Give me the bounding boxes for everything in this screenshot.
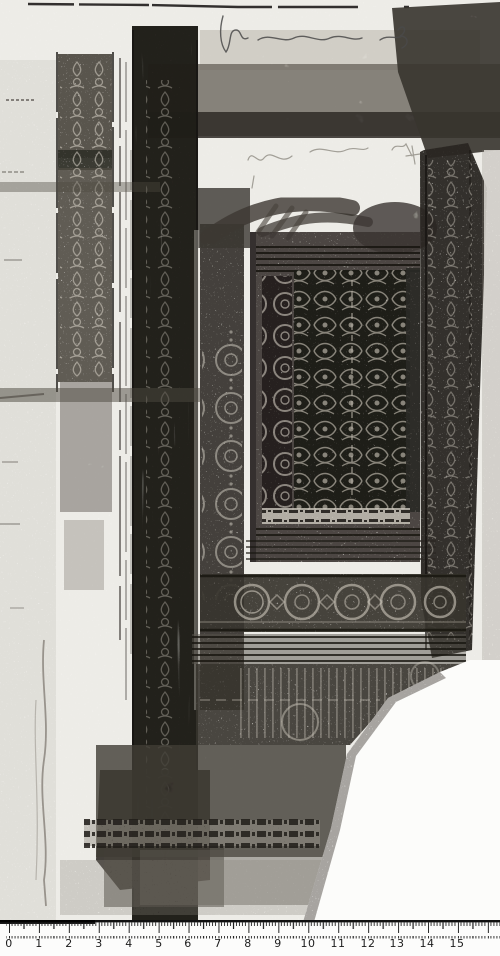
ruler-number-6: 6 (178, 937, 198, 950)
ruler-number-13: 13 (387, 937, 407, 950)
left-ornate-band (57, 52, 113, 590)
ruler-number-11: 11 (328, 937, 348, 950)
ruler-number-15: 15 (447, 937, 467, 950)
ruler-number-9: 9 (268, 937, 288, 950)
rubbing-scan: 0 1 2 3 4 5 6 7 8 9 10 11 12 13 14 15 (0, 0, 500, 956)
central-arabesque-panel (246, 232, 436, 562)
rubbing-artwork (0, 0, 500, 922)
ruler-number-8: 8 (238, 937, 258, 950)
panel-guilloche-column (262, 276, 292, 512)
horizontal-moulding-lines (192, 634, 466, 664)
ruler-number-12: 12 (358, 937, 378, 950)
ruler-number-10: 10 (298, 937, 318, 950)
ruler-number-2: 2 (59, 937, 79, 950)
ruler-number-4: 4 (119, 937, 139, 950)
ruler-number-3: 3 (89, 937, 109, 950)
ruler: 0 1 2 3 4 5 6 7 8 9 10 11 12 13 14 15 (0, 920, 500, 956)
ruler-number-7: 7 (208, 937, 228, 950)
ruler-number-1: 1 (29, 937, 49, 950)
ruler-number-14: 14 (417, 937, 437, 950)
ruler-number-5: 5 (149, 937, 169, 950)
ruler-number-0: 0 (0, 937, 19, 950)
rosette-frieze (200, 574, 466, 632)
